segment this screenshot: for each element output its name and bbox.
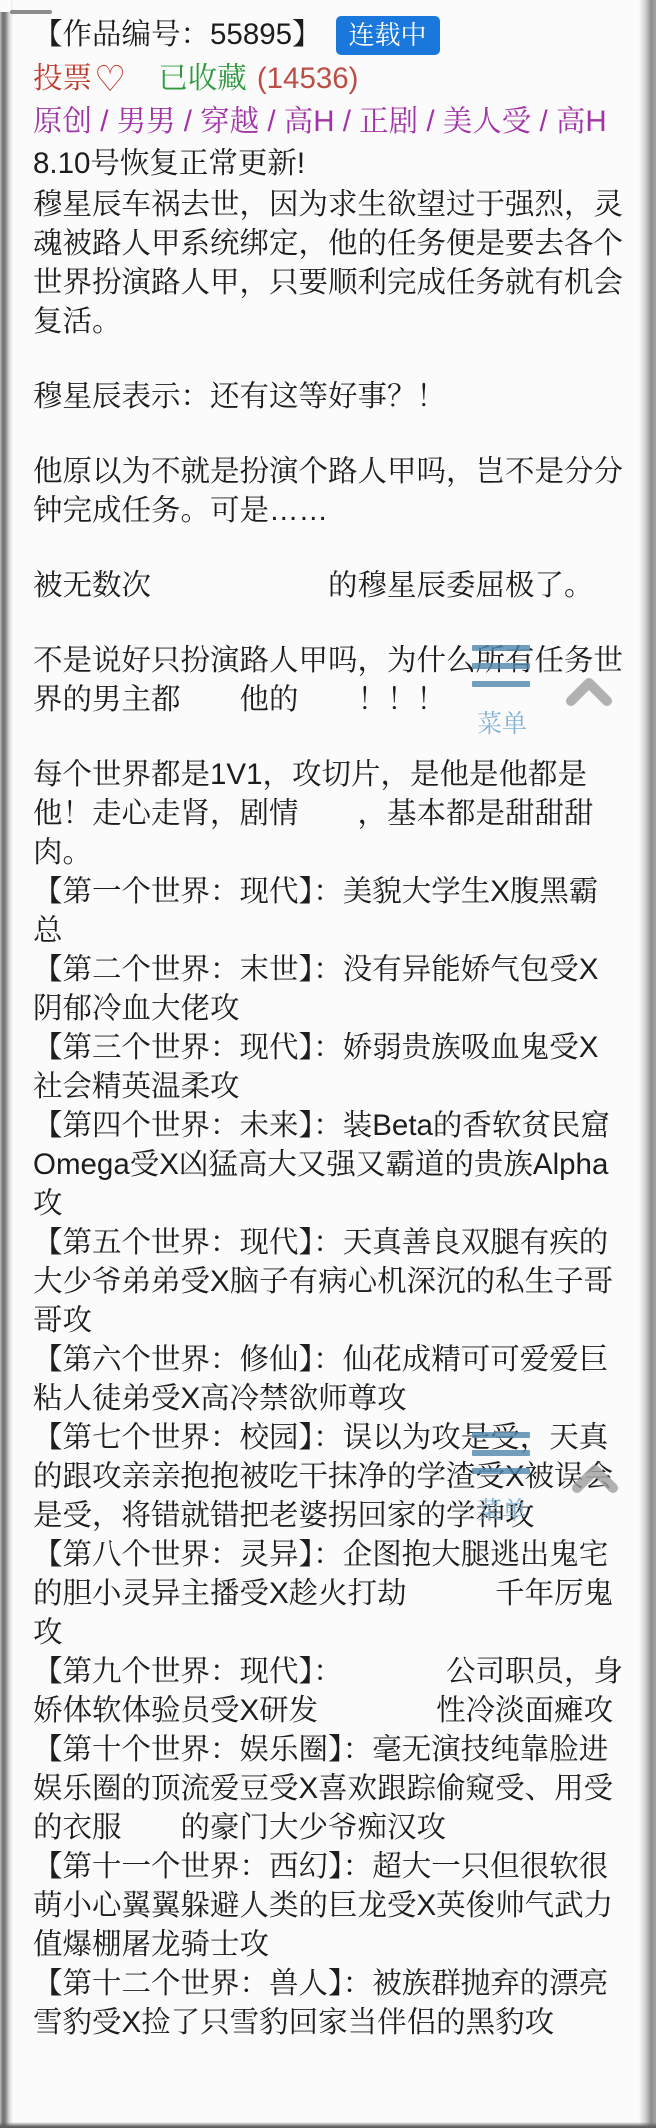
menu-label: 菜单 [472, 711, 532, 737]
heart-icon: ♡ [94, 61, 126, 97]
paragraph-spacer [33, 605, 624, 641]
menu-icon [472, 1432, 530, 1438]
update-notice: 8.10号恢复正常更新! [33, 143, 624, 185]
paragraph: 【第三个世界：现代】：娇弱贵族吸血鬼受X社会精英温柔攻 [33, 1028, 624, 1106]
paragraph: 他原以为不就是扮演个路人甲吗，岂不是分分钟完成任务。可是…… [33, 452, 624, 530]
paragraph-spacer [33, 530, 624, 566]
page-edge-shadow-left [0, 0, 13, 2128]
paragraph: 【第二个世界：末世】：没有异能娇气包受X阴郁冷血大佬攻 [33, 950, 624, 1028]
favorite-count: (14536) [257, 57, 359, 101]
paragraph: 穆星辰表示：还有这等好事？！ [33, 377, 624, 416]
paragraph: 被无数次 的穆星辰委屈极了。 [33, 566, 624, 605]
menu-label: 菜单 [472, 1498, 532, 1524]
paragraph-spacer [33, 341, 624, 377]
paragraph-spacer [33, 719, 624, 755]
paragraph: 【第十二个世界：兽人】：被族群抛弃的漂亮雪豹受X捡了只雪豹回家当伴侣的黑豹攻 [33, 1964, 624, 2042]
page-edge-shadow-right [639, 0, 656, 2128]
floating-menu-button[interactable]: 菜单 [472, 645, 532, 737]
paragraph: 【第五个世界：现代】：天真善良双腿有疾的大少爷弟弟受X脑子有病心机深沉的私生子哥… [33, 1223, 624, 1340]
paragraph: 不是说好只扮演路人甲吗，为什么所有任务世界的男主都 他的 ！！！ [33, 641, 624, 719]
paragraph: 【第四个世界：未来】：装Beta的香软贫民窟Omega受X凶猛高大又强又霸道的贵… [33, 1106, 624, 1223]
page-edge-shadow-bottom [0, 2122, 656, 2128]
paragraph: 【第十一个世界：西幻】：超大一只但很软很萌小心翼翼躲避人类的巨龙受X英俊帅气武力… [33, 1847, 624, 1964]
tags-row[interactable]: 原创 / 男男 / 穿越 / 高H / 正剧 / 美人受 / 高H [33, 101, 624, 143]
paragraph: 【第七个世界：校园】：误以为攻是受，天真的跟攻亲亲抱抱被吃干抹净的学渣受X被误会… [33, 1418, 624, 1535]
favorited-button[interactable]: 已收藏 [158, 57, 247, 101]
menu-icon [472, 645, 530, 651]
synopsis: 穆星辰车祸去世，因为求生欲望过于强烈，灵魂被路人甲系统绑定，他的任务便是要去各个… [33, 185, 624, 2042]
vote-button[interactable]: 投票 ♡ [33, 57, 126, 101]
paragraph: 每个世界都是1V1，攻切片，是他是他都是他！走心走肾，剧情 ，基本都是甜甜甜肉。 [33, 755, 624, 872]
action-row: 投票 ♡ 已收藏 (14536) [33, 57, 624, 101]
paragraph: 【第九个世界：现代】： 公司职员，身娇体软体验员受X研发 性冷淡面瘫攻 [33, 1652, 624, 1730]
title-row: 【作品编号：55895】 连载中 [33, 13, 624, 57]
work-id: 【作品编号：55895】 [33, 13, 322, 57]
paragraph: 【第十个世界：娱乐圈】：毫无演技纯靠脸进娱乐圈的顶流爱豆受X喜欢跟踪偷窥受、用受… [33, 1730, 624, 1847]
paragraph: 穆星辰车祸去世，因为求生欲望过于强烈，灵魂被路人甲系统绑定，他的任务便是要去各个… [33, 185, 624, 341]
paragraph-spacer [33, 416, 624, 452]
vote-label: 投票 [33, 57, 92, 101]
paragraph: 【第六个世界：修仙】：仙花成精可可爱爱巨粘人徒弟受X高冷禁欲师尊攻 [33, 1340, 624, 1418]
paragraph: 【第八个世界：灵异】：企图抱大腿逃出鬼宅的胆小灵异主播受X趁火打劫 千年厉鬼攻 [33, 1535, 624, 1652]
floating-menu-button[interactable]: 菜单 [472, 1432, 532, 1524]
page-corner-line [10, 10, 52, 14]
scroll-top-icon[interactable] [566, 676, 612, 706]
status-badge: 连载中 [336, 16, 440, 55]
novel-detail-page: 【作品编号：55895】 连载中 投票 ♡ 已收藏 (14536) 原创 / 男… [0, 0, 656, 2128]
paragraph: 【第一个世界：现代】：美貌大学生X腹黑霸总 [33, 872, 624, 950]
scroll-top-icon[interactable] [572, 1463, 618, 1493]
novel-info: 【作品编号：55895】 连载中 投票 ♡ 已收藏 (14536) 原创 / 男… [33, 13, 624, 2042]
